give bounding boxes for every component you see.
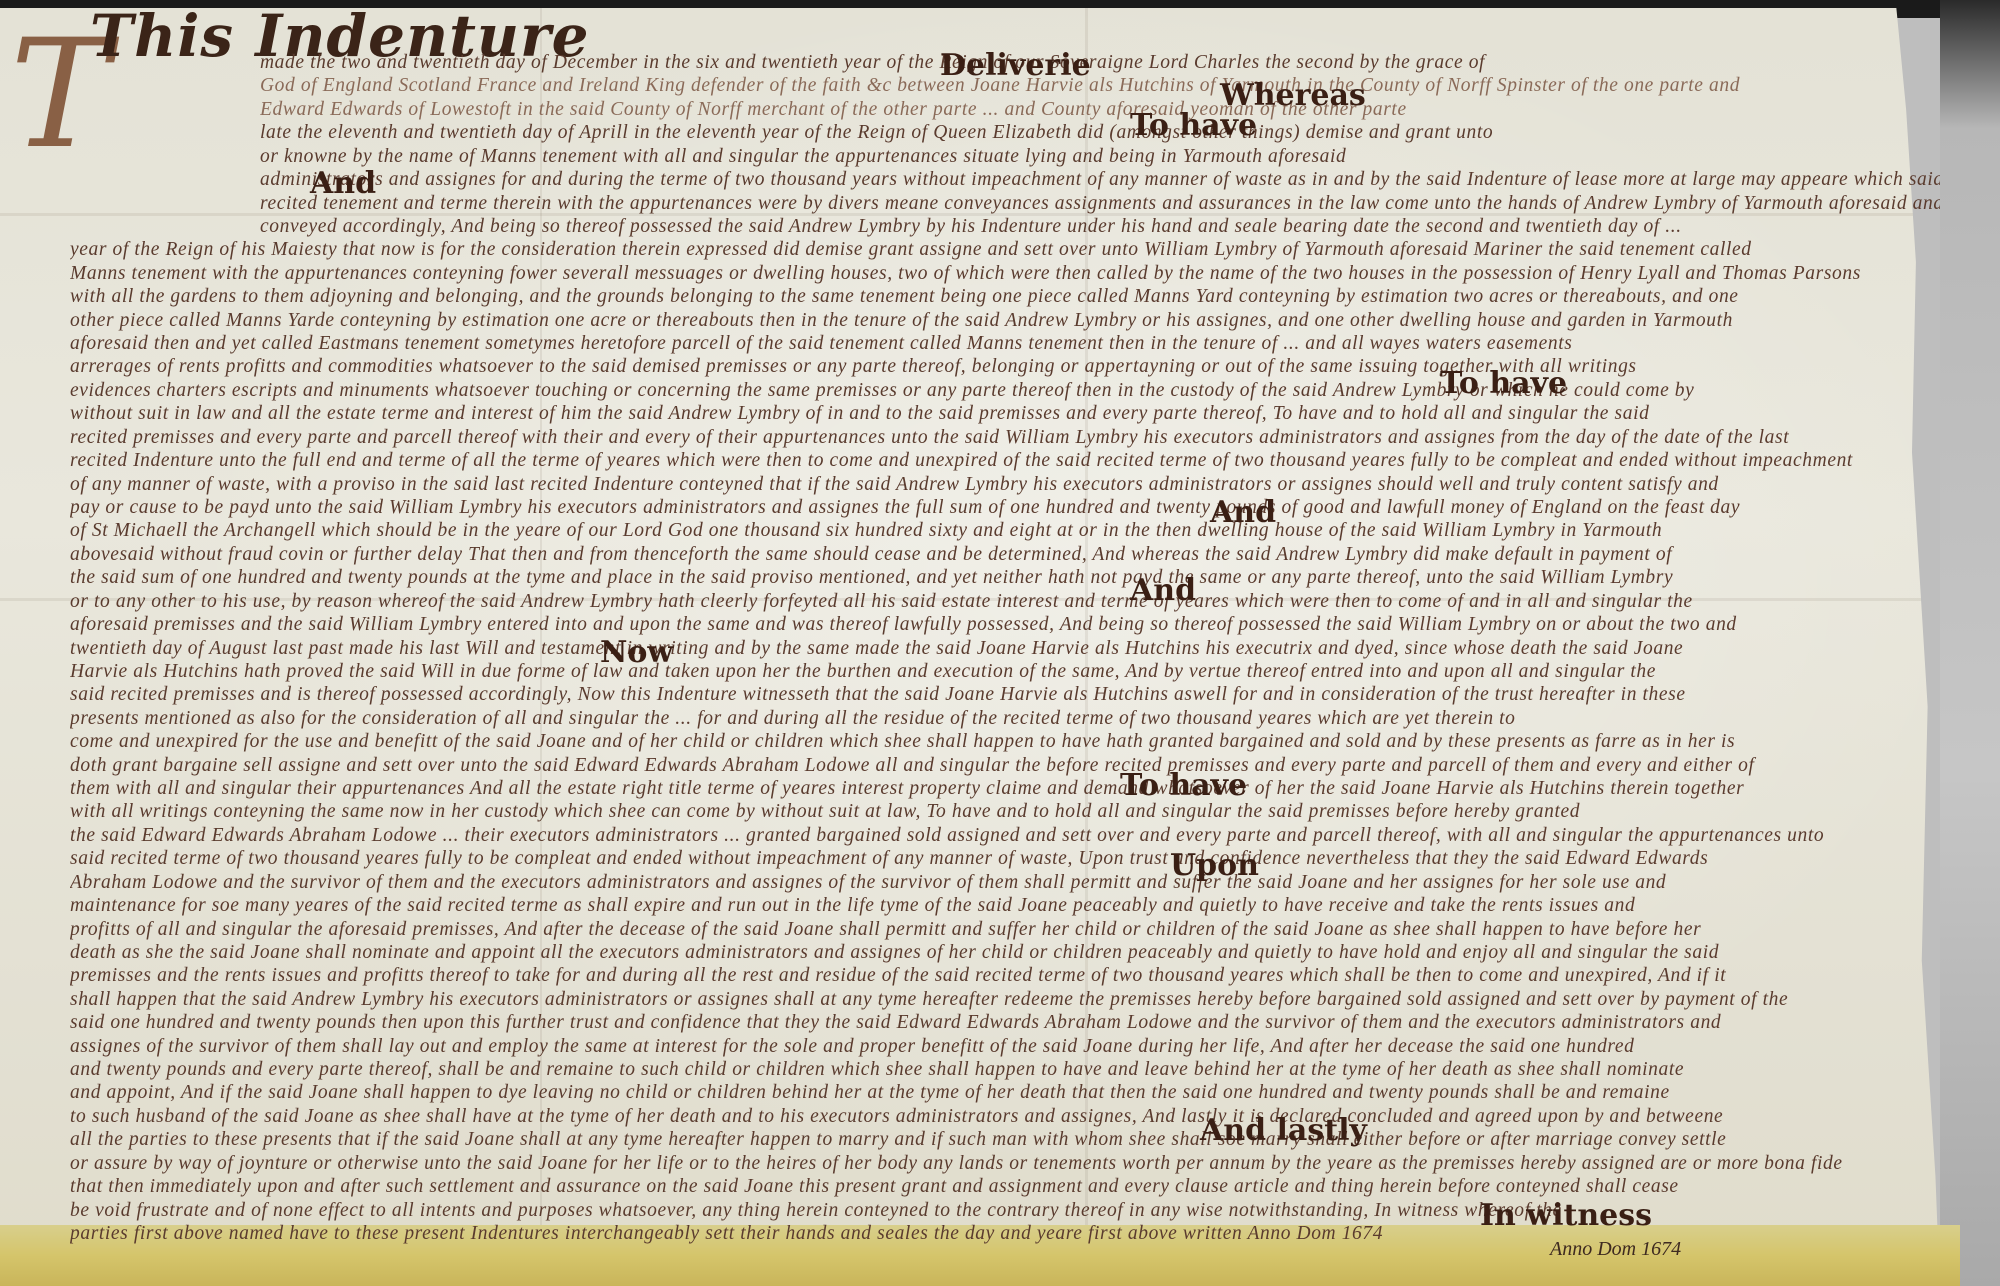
text-line: shall happen that the said Andrew Lymbry… [70, 989, 1940, 1011]
text-line: recited tenement and terme therein with … [260, 193, 1940, 215]
background-surface [1940, 0, 2000, 1286]
text-line: arrerages of rents profitts and commodit… [70, 356, 1940, 378]
text-line: year of the Reign of his Maiesty that no… [70, 239, 1940, 261]
text-line: aforesaid premisses and the said William… [70, 614, 1940, 636]
text-line: of St Michaell the Archangell which shou… [70, 520, 1940, 542]
text-line: Abraham Lodowe and the survivor of them … [70, 872, 1940, 894]
text-line: evidences charters escripts and minument… [70, 380, 1940, 402]
text-line: all the parties to these presents that i… [70, 1129, 1940, 1151]
text-line: with all writings conteyning the same no… [70, 801, 1940, 823]
text-line: or to any other to his use, by reason wh… [70, 591, 1940, 613]
text-line: of any manner of waste, with a proviso i… [70, 474, 1940, 496]
text-line: pay or cause to be payd unto the said Wi… [70, 497, 1940, 519]
text-line: aforesaid then and yet called Eastmans t… [70, 333, 1940, 355]
text-line: to such husband of the said Joane as she… [70, 1106, 1940, 1128]
keyword-deliverie: Deliverie [940, 48, 1091, 83]
text-line: made the two and twentieth day of Decemb… [260, 52, 1940, 74]
text-line: doth grant bargaine sell assigne and set… [70, 755, 1940, 777]
text-line: the said sum of one hundred and twenty p… [70, 567, 1940, 589]
keyword-and: And [1130, 573, 1196, 608]
text-line: come and unexpired for the use and benef… [70, 731, 1940, 753]
text-line: and twenty pounds and every parte thereo… [70, 1059, 1940, 1081]
keyword-upon: Upon [1170, 848, 1259, 883]
text-line: said recited premisses and is thereof po… [70, 684, 1940, 706]
text-line: be void frustrate and of none effect to … [70, 1200, 1940, 1222]
text-line: abovesaid without fraud covin or further… [70, 544, 1940, 566]
text-line: maintenance for soe many yeares of the s… [70, 895, 1940, 917]
text-line: God of England Scotland France and Irela… [260, 75, 1940, 97]
keyword-and-lastly: And lastly [1200, 1113, 1367, 1148]
text-line: or assure by way of joynture or otherwis… [70, 1153, 1940, 1175]
keyword-and: And [310, 166, 376, 201]
text-line: and appoint, And if the said Joane shall… [70, 1082, 1940, 1104]
text-line: said recited terme of two thousand yeare… [70, 848, 1940, 870]
text-line: Edward Edwards of Lowestoft in the said … [260, 99, 1940, 121]
text-line: twentieth day of August last past made h… [70, 638, 1940, 660]
text-line: recited premisses and every parte and pa… [70, 427, 1940, 449]
text-line: administrators and assignes for and duri… [260, 169, 1940, 191]
text-line: the said Edward Edwards Abraham Lodowe .… [70, 825, 1940, 847]
text-line: conveyed accordingly, And being so there… [260, 216, 1940, 238]
text-line: that then immediately upon and after suc… [70, 1176, 1940, 1198]
keyword-and: And [1210, 495, 1276, 530]
text-line: late the eleventh and twentieth day of A… [260, 122, 1940, 144]
closing-date: Anno Dom 1674 [1550, 1238, 1681, 1261]
text-line: Manns tenement with the appurtenances co… [70, 263, 1940, 285]
keyword-now: Now [600, 635, 673, 670]
keyword-to-have: To have [1130, 108, 1257, 143]
text-line: assignes of the survivor of them shall l… [70, 1036, 1940, 1058]
text-line: other piece called Manns Yarde conteynin… [70, 310, 1940, 332]
keyword-to-have: To have [1440, 366, 1567, 401]
text-line: premisses and the rents issues and profi… [70, 965, 1940, 987]
text-line: said one hundred and twenty pounds then … [70, 1012, 1940, 1034]
text-line: recited Indenture unto the full end and … [70, 450, 1940, 472]
text-line: Harvie als Hutchins hath proved the said… [70, 661, 1940, 683]
text-line: death as she the said Joane shall nomina… [70, 942, 1940, 964]
text-line: profitts of all and singular the aforesa… [70, 919, 1940, 941]
keyword-to-have: To have [1120, 768, 1247, 803]
text-line: or knowne by the name of Manns tenement … [260, 146, 1940, 168]
text-line: without suit in law and all the estate t… [70, 403, 1940, 425]
keyword-in-witness: In witness [1480, 1198, 1652, 1233]
text-line: with all the gardens to them adjoyning a… [70, 286, 1940, 308]
text-line: them with all and singular their appurte… [70, 778, 1940, 800]
text-line: presents mentioned as also for the consi… [70, 708, 1940, 730]
